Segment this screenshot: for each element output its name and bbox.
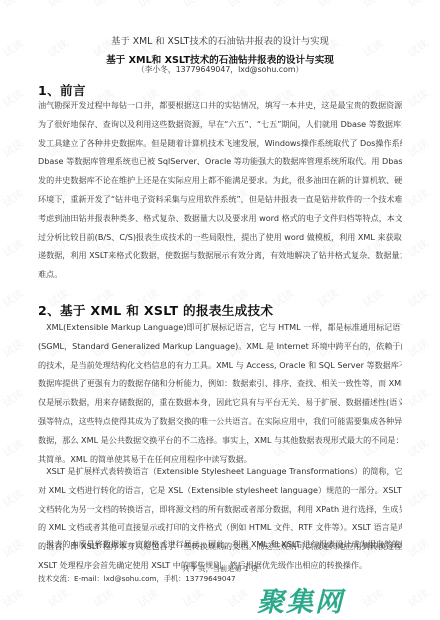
watermark-text: 试读 [44, 0, 71, 11]
footer-contact: 技术交流：E-mail：lxd@sohu.com，手机：13779649047 [38, 574, 236, 584]
watermark-text: 试读 [0, 435, 27, 461]
text-line: 过分析比较目前(B/S、C/S)报表生成技术的一些局限性，提出了使用 word … [38, 228, 402, 247]
watermark-text: 试读 [404, 0, 431, 11]
text-line: 报表的本质是将数据按一定的格式进行显示，因此，利用 XML 和 XSLT 进行报… [38, 535, 402, 554]
watermark-text: 试读 [0, 0, 27, 11]
watermark-text: 试读 [0, 85, 27, 111]
watermark-text: 试读 [359, 0, 386, 11]
watermark-text: 试读 [0, 235, 27, 261]
text-line: 油气勘探开发过程中每钻一口井，都要根据这口井的实钻情况，填写一本井史，这是最宝贵… [38, 96, 402, 115]
watermark-text: 试读 [89, 585, 116, 611]
watermark-text: 试读 [0, 535, 27, 561]
watermark-text: 试读 [359, 585, 386, 611]
text-line: 难点。 [38, 265, 402, 284]
section-xml-paragraph: XML(Extensible Markup Language)即可扩展标记语言，… [38, 318, 402, 468]
watermark-text: 试读 [269, 285, 296, 311]
text-line: XSLT 是扩展样式表转换语言（Extensible Stylesheet La… [38, 462, 402, 481]
watermark-text: 试读 [0, 335, 27, 361]
watermark-text: 试读 [404, 185, 431, 211]
section-intro-paragraph: 油气勘探开发过程中每钻一口井，都要根据这口井的实钻情况，填写一本井史，这是最宝贵… [38, 96, 402, 284]
watermark-text: 试读 [0, 135, 27, 161]
text-line: Dbase 等数据库管理系统也已被 SqlServer、Oracle 等功能强大… [38, 152, 402, 171]
text-line: 对 XML 文档进行转化的语言，它是 XSL（Extensible styles… [38, 481, 402, 500]
watermark-text: 试读 [269, 0, 296, 11]
watermark-text: 试读 [314, 285, 341, 311]
section-report-paragraph: 报表的本质是将数据按一定的格式进行显示，因此，利用 XML 和 XSLT 进行报… [38, 535, 402, 554]
text-line: 数据库提供了更强有力的数据存储和分析能力，例如：数据索引、排序、查找、相关一致性… [38, 374, 402, 393]
running-header: 基于 XML 和 XSLT技术的石油钻井报表的设计与实现 [0, 33, 440, 47]
watermark-text: 试读 [404, 435, 431, 461]
text-line: 的技术，是当前处理结构化文档信息的有力工具。XML 与 Access, Orac… [38, 356, 402, 375]
text-line: 数据，那么 XML 是公共数据交换平台的不二选择。事实上，XML 与其他数据表现… [38, 431, 402, 450]
watermark-text: 试读 [404, 85, 431, 111]
text-line: 文档转化为另一文档的转换语言，即将源文档的所有数据或者部分数据，利用 XPath… [38, 500, 402, 519]
watermark-text: 试读 [404, 385, 431, 411]
watermark-text: 试读 [314, 0, 341, 11]
section-heading-xml-xslt: 2、基于 XML 和 XSLT 的报表生成技术 [38, 300, 273, 319]
text-line: 为了很好地保存、查询以及利用这些数据资源，早在“六五”、“七五”期间，人们就用 … [38, 115, 402, 134]
watermark-text: 试读 [404, 135, 431, 161]
text-line: XML(Extensible Markup Language)即可扩展标记语言，… [38, 318, 402, 337]
text-line: 递数据，利用 XSLT来格式化数据，使数据与数据展示有效分离，有效地解决了钻井格… [38, 246, 402, 265]
watermark-text: 试读 [179, 0, 206, 11]
watermark-text: 试读 [134, 0, 161, 11]
watermark-text: 试读 [44, 585, 71, 611]
watermark-text: 试读 [0, 285, 27, 311]
watermark-text: 试读 [179, 585, 206, 611]
text-line: 环境下，重新开发了“钻井电子资料采集与应用软件系统”，但是钻井报表一直是钻井软件… [38, 190, 402, 209]
text-line: 发的井史数据库不论在维护上还是在实际应用上都不能满足要求。为此，很多油田在新的计… [38, 171, 402, 190]
watermark-text: 试读 [0, 385, 27, 411]
watermark-text: 试读 [404, 335, 431, 361]
watermark-text: 试读 [89, 0, 116, 11]
site-logo: 聚集网 [257, 580, 344, 619]
watermark-text: 试读 [404, 235, 431, 261]
watermark-text: 试读 [404, 535, 431, 561]
watermark-text: 试读 [0, 185, 27, 211]
text-line: 考虑到油田钻井报表种类多、格式复杂、数据量大以及要求用 word 格式的电子文件… [38, 209, 402, 228]
text-line: 发工具建立了各种井史数据库。但是随着计算机技术飞速发展，Windows操作系统取… [38, 134, 402, 153]
page-number: 共 7 页，当前是第 1 页 [0, 564, 440, 574]
watermark-text: 试读 [404, 485, 431, 511]
watermark-text: 试读 [404, 585, 431, 611]
text-line: 仅是展示数据，用来存储数据的，重在数据本身，因此它具有与平台无关、易于扩展、数据… [38, 393, 402, 412]
watermark-text: 试读 [359, 285, 386, 311]
text-line: (SGML，Standard Generalized Markup Langua… [38, 337, 402, 356]
watermark-text: 试读 [0, 485, 27, 511]
watermark-text: 试读 [134, 585, 161, 611]
watermark-text: 试读 [0, 585, 27, 611]
watermark-text: 试读 [224, 0, 251, 11]
watermark-text: 试读 [404, 285, 431, 311]
text-line: 强等特点，这些特点使得其成为了数据交换的唯一公共语言。在实际应用中，我们可能需要… [38, 412, 402, 431]
watermark-text: 试读 [224, 585, 251, 611]
section-xslt-paragraph: XSLT 是扩展样式表转换语言（Extensible Stylesheet La… [38, 462, 402, 575]
author-line: （李小冬，13779649047，lxd@sohu.com） [0, 64, 440, 75]
